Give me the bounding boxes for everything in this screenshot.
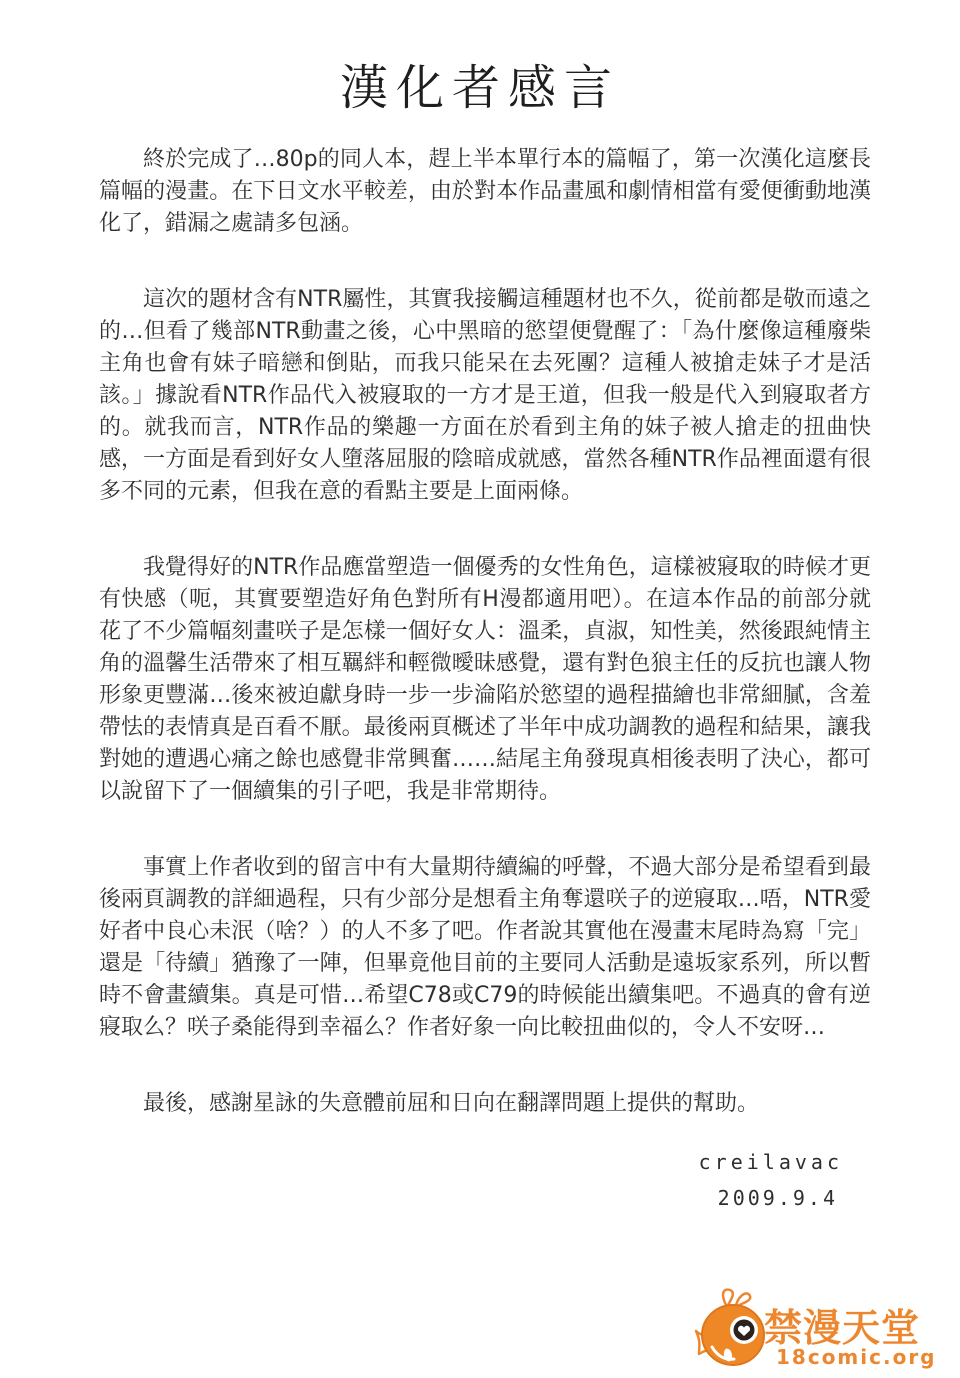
document-page: 漢化者感言 終於完成了…80p的同人本，趕上半本單行本的篇幅了，第一次漢化這麼長… [0,0,960,1378]
page-title: 漢化者感言 [0,0,960,120]
paragraph: 我覺得好的NTR作品應當塑造一個優秀的女性角色，這樣被寢取的時候才更有快感（呃，… [99,552,871,808]
orange-whale-mascot-icon [694,1285,768,1373]
watermark-site-url: 18comic.org [776,1347,937,1367]
paragraph: 終於完成了…80p的同人本，趕上半本單行本的篇幅了，第一次漢化這麼長篇幅的漫畫。… [99,144,871,240]
document-body: 終於完成了…80p的同人本，趕上半本單行本的篇幅了，第一次漢化這麼長篇幅的漫畫。… [99,144,871,1120]
watermark-site-name: 禁漫天堂 [764,1309,920,1347]
signature-block: creilavac 2009.9.4 [0,1150,960,1210]
paragraph: 最後，感謝星詠的失意體前屈和日向在翻譯問題上提供的幫助。 [99,1088,871,1120]
paragraph: 事實上作者收到的留言中有大量期待續編的呼聲，不過大部分是希望看到最後兩頁調教的詳… [99,852,871,1044]
signature-date: 2009.9.4 [0,1186,843,1210]
paragraph: 這次的題材含有NTR屬性，其實我接觸這種題材也不久，從前都是敬而遠之的…但看了幾… [99,284,871,508]
site-watermark: 禁漫天堂 18comic.org [694,1283,956,1375]
translator-signature: creilavac [0,1150,843,1174]
